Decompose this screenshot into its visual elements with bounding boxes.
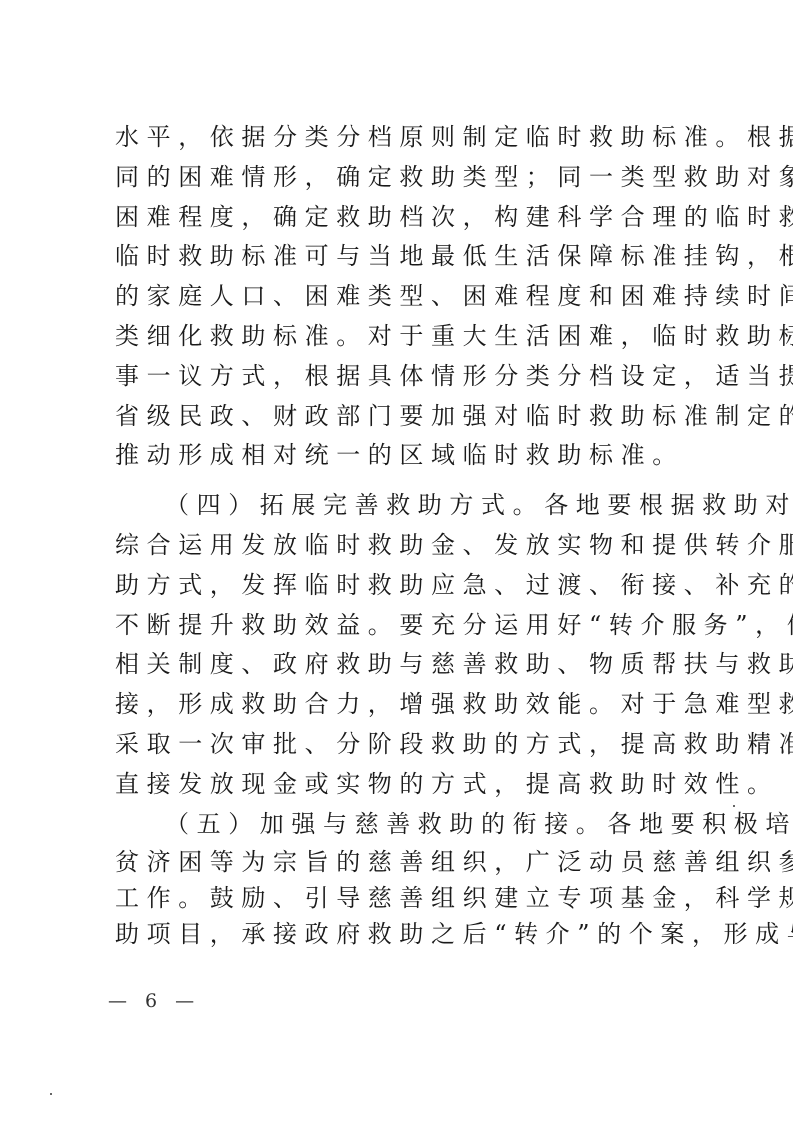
text-line: 相关制度、政府救助与慈善救助、物质帮扶与救助服务密切衔 — [115, 645, 691, 685]
text-line: 助项目，承接政府救助之后“转介”的个案，形成与政府救助 — [115, 916, 691, 952]
text-line: 不断提升救助效益。要充分运用好“转介服务”，使临时救助与 — [115, 606, 691, 646]
text-line: 接，形成救助合力，增强救助效能。对于急难型救助对象，可 — [115, 685, 691, 725]
text-line: 同的困难情形，确定救助类型；同一类型救助对象根据不同的 — [115, 158, 691, 198]
text-line: 的家庭人口、困难类型、困难程度和困难持续时间等因素，分 — [115, 277, 691, 317]
text-line: 贫济困等为宗旨的慈善组织，广泛动员慈善组织参与临时救助 — [115, 844, 691, 880]
scan-speck — [733, 805, 735, 807]
text-line: 综合运用发放临时救助金、发放实物和提供转介服务等多种救 — [115, 526, 691, 566]
text-line: 困难程度，确定救助档次，构建科学合理的临时救助标准体系。 — [115, 198, 691, 238]
text-line: 工作。鼓励、引导慈善组织建立专项基金，科学规划、设立救 — [115, 880, 691, 916]
text-line: 采取一次审批、分阶段救助的方式，提高救助精准度；可通过 — [115, 725, 691, 765]
text-line: 助方式，发挥临时救助应急、过渡、衔接、补充的制度作用， — [115, 566, 691, 606]
text-line: 水平，依据分类分档原则制定临时救助标准。根据救助对象不 — [115, 118, 691, 158]
paragraph-section-5: （五）加强与慈善救助的衔接。各地要积极培育发展以扶 贫济困等为宗旨的慈善组织，广… — [115, 805, 691, 953]
text-line: 类细化救助标准。对于重大生活困难，临时救助标准可采取一 — [115, 317, 691, 357]
text-line: 推动形成相对统一的区域临时救助标准。 — [115, 436, 691, 476]
paragraph-spacer — [115, 476, 691, 486]
page-number: — 6 — — [108, 990, 200, 1012]
text-line: 临时救助标准可与当地最低生活保障标准挂钩，根据救助对象 — [115, 237, 691, 277]
text-line: 省级民政、财政部门要加强对临时救助标准制定的指导和统筹， — [115, 397, 691, 437]
section-heading-line: （四）拓展完善救助方式。各地要根据救助对象实际情况， — [115, 486, 691, 526]
text-line: 直接发放现金或实物的方式，提高救助时效性。 — [115, 765, 691, 805]
document-body: 水平，依据分类分档原则制定临时救助标准。根据救助对象不 同的困难情形，确定救助类… — [115, 118, 691, 952]
paragraph-section-4: （四）拓展完善救助方式。各地要根据救助对象实际情况， 综合运用发放临时救助金、发… — [115, 486, 691, 804]
document-page: 水平，依据分类分档原则制定临时救助标准。根据救助对象不 同的困难情形，确定救助类… — [0, 0, 793, 1122]
section-heading-line: （五）加强与慈善救助的衔接。各地要积极培育发展以扶 — [115, 805, 691, 845]
text-line: 事一议方式，根据具体情形分类分档设定，适当提高救助额度。 — [115, 357, 691, 397]
paragraph-standard-continued: 水平，依据分类分档原则制定临时救助标准。根据救助对象不 同的困难情形，确定救助类… — [115, 118, 691, 476]
scan-speck — [50, 1093, 52, 1095]
